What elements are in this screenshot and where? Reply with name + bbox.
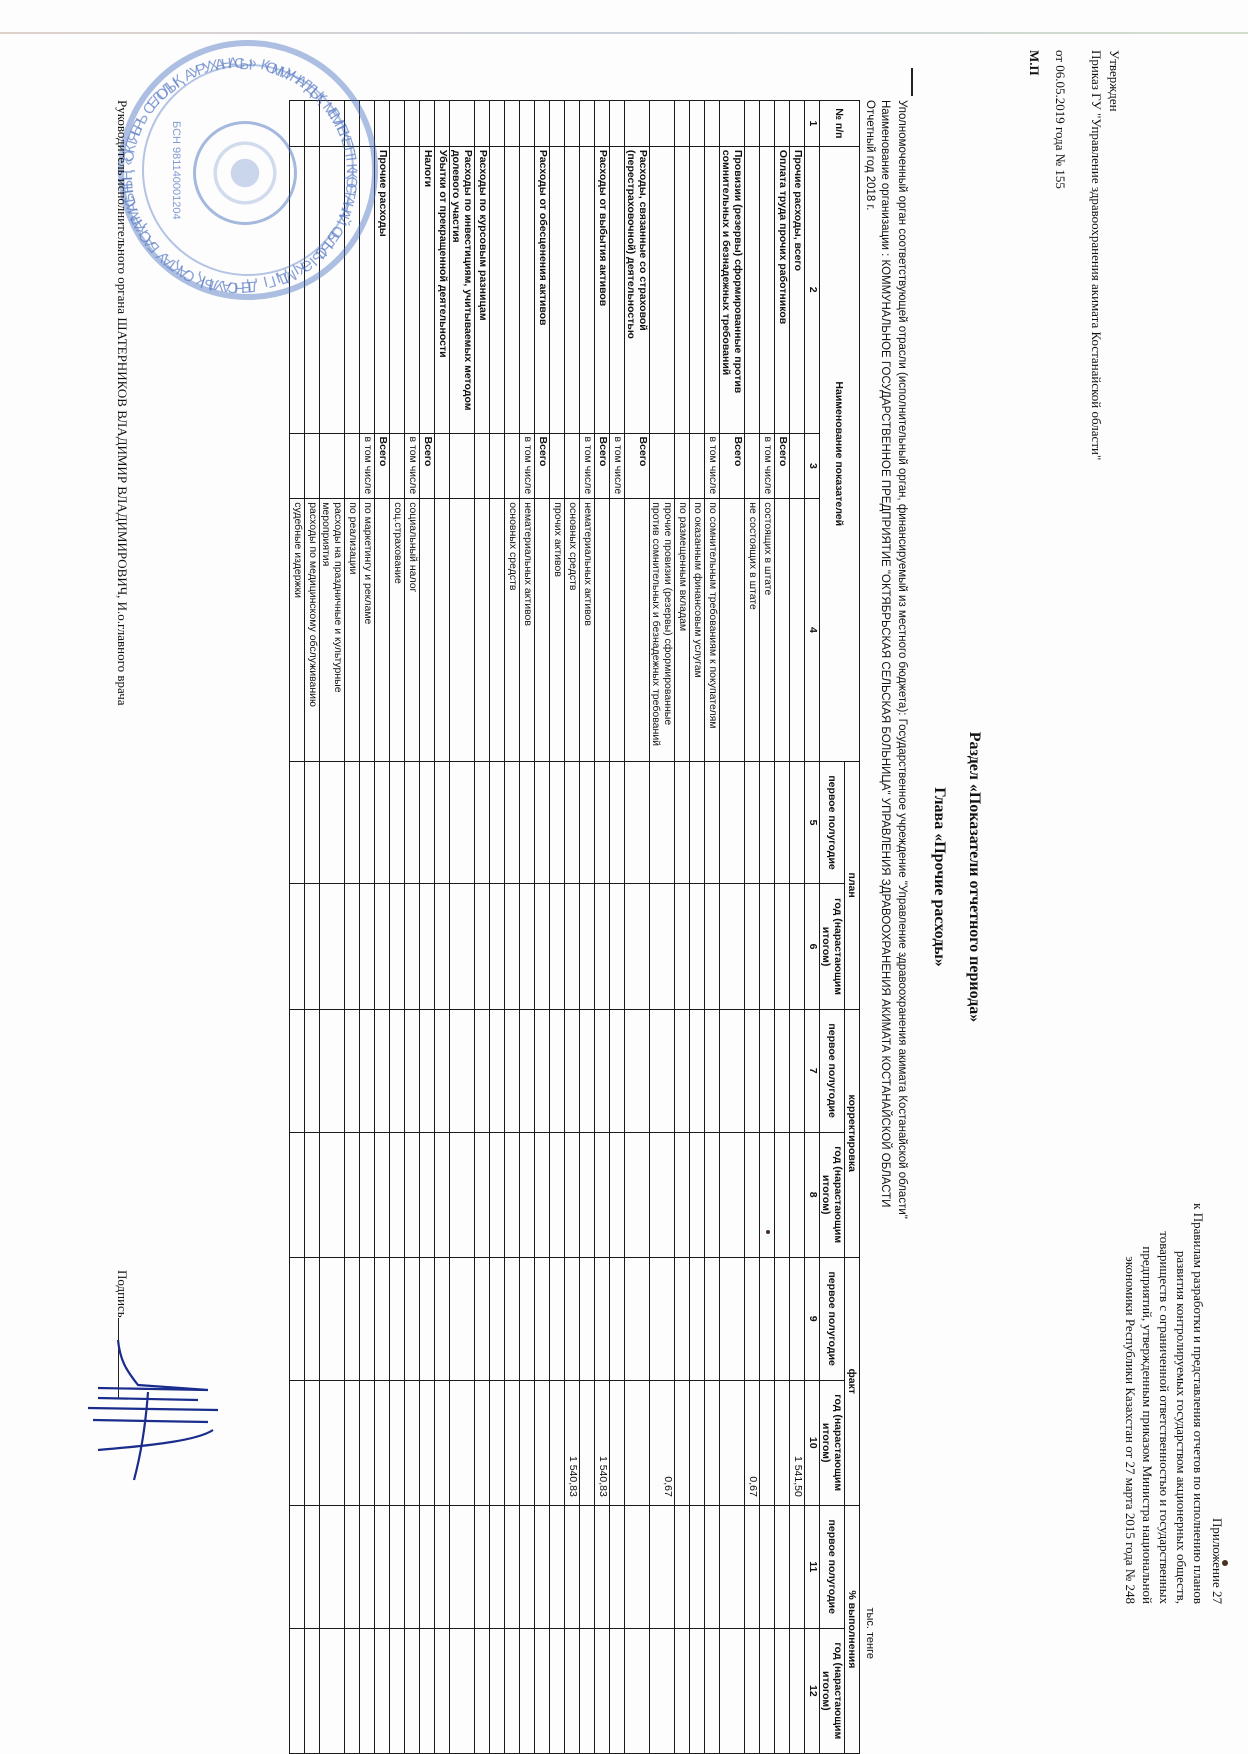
indicator-subgroup (650, 433, 675, 499)
value-cell (305, 1257, 320, 1380)
value-cell (745, 761, 760, 884)
fact-year-value (450, 1380, 475, 1505)
value-cell (420, 884, 435, 1009)
value-cell (490, 761, 505, 884)
value-cell (305, 1132, 320, 1257)
organization-stamp: ҚОСТАНАЙ ОБЛЫСЫ ӘКІМДІГІ ДЕНСАУЛЫҚ САҚТА… (118, 40, 378, 300)
value-cell (290, 1009, 305, 1132)
value-cell (290, 1505, 305, 1628)
fact-year-value: 0,67 (650, 1380, 675, 1505)
value-cell (690, 1009, 705, 1132)
indicator-detail: расходы на праздничные и культурные меро… (320, 499, 345, 761)
value-cell (345, 884, 360, 1009)
row-number (745, 101, 760, 147)
value-cell (360, 761, 375, 884)
value-cell (745, 1257, 760, 1380)
row-number (610, 101, 625, 147)
fact-year-value (475, 1380, 490, 1505)
indicator-subgroup (565, 433, 580, 499)
value-cell (720, 761, 745, 884)
table-row: прочие провизии (резервы) сформированные… (650, 101, 675, 1754)
value-cell (535, 1628, 550, 1753)
indicator-detail (375, 499, 390, 761)
indicator-detail: нематериальных активов (520, 499, 535, 761)
table-row: в том числесоциальный налог (405, 101, 420, 1754)
column-number: 6 (805, 884, 820, 1009)
value-cell (550, 1505, 565, 1628)
table-row: по оказанным финансовым услугам (690, 101, 705, 1754)
fact-year-value (375, 1380, 390, 1505)
fact-year-value (520, 1380, 535, 1505)
indicator-name (490, 146, 505, 433)
fact-year-value (550, 1380, 565, 1505)
value-cell (390, 884, 405, 1009)
value-cell (290, 1257, 305, 1380)
col-header-fact: факт (845, 1257, 860, 1505)
table-row: судебные издержки (290, 101, 305, 1754)
row-number (690, 101, 705, 147)
value-cell (775, 884, 790, 1009)
value-cell (405, 761, 420, 884)
indicator-subgroup: в том числе (580, 433, 595, 499)
indicator-subgroup (550, 433, 565, 499)
fact-year-value (490, 1380, 505, 1505)
fact-year-value (305, 1380, 320, 1505)
value-cell (790, 884, 805, 1009)
fact-year-value (580, 1380, 595, 1505)
table-row: соц.страхование (390, 101, 405, 1754)
value-cell (610, 1628, 625, 1753)
value-cell (405, 1257, 420, 1380)
column-number: 5 (805, 761, 820, 884)
appendix-block: Приложение 27 к Правилам разработки и пр… (1122, 1203, 1226, 1604)
table-row: расходы на праздничные и культурные меро… (320, 101, 345, 1754)
fact-year-value (610, 1380, 625, 1505)
fact-year-value (290, 1380, 305, 1505)
value-cell (580, 1628, 595, 1753)
value-cell (625, 1009, 650, 1132)
stamp-emblem-icon (193, 121, 297, 225)
value-cell (520, 1628, 535, 1753)
appendix-line: товариществ с ограниченной ответственнос… (1156, 1203, 1173, 1604)
handwritten-signature-icon (78, 1330, 238, 1490)
value-cell (550, 1257, 565, 1380)
value-cell (760, 1257, 775, 1380)
indicator-name (760, 146, 775, 433)
value-cell (435, 1628, 450, 1753)
value-cell (705, 1257, 720, 1380)
column-number: 11 (805, 1505, 820, 1628)
value-cell (505, 1505, 520, 1628)
table-row: Убытки от прекращенной деятельности (435, 101, 450, 1754)
value-cell (475, 1505, 490, 1628)
indicator-detail: расходы по медицинскому обслуживанию (305, 499, 320, 761)
row-number (535, 101, 550, 147)
value-cell (760, 1009, 775, 1132)
row-number (420, 101, 435, 147)
indicator-name (580, 146, 595, 433)
row-number (565, 101, 580, 147)
indicator-subgroup: Всего (420, 433, 435, 499)
fact-year-value (435, 1380, 450, 1505)
row-number (595, 101, 610, 147)
value-cell (610, 884, 625, 1009)
value-cell (675, 1132, 690, 1257)
row-number (505, 101, 520, 147)
fact-year-value: 1 540,83 (595, 1380, 610, 1505)
indicator-name (610, 146, 625, 433)
section-title: Раздел «Показатели отчетного периода» (965, 0, 983, 1754)
indicator-detail (450, 499, 475, 761)
value-cell (390, 1132, 405, 1257)
value-cell (520, 1132, 535, 1257)
value-cell (345, 1628, 360, 1753)
value-cell (625, 1505, 650, 1628)
indicator-subgroup (320, 433, 345, 499)
column-number: 4 (805, 499, 820, 761)
value-cell (565, 1505, 580, 1628)
value-cell (705, 1009, 720, 1132)
fact-year-value (420, 1380, 435, 1505)
indicator-name (705, 146, 720, 433)
value-cell (650, 884, 675, 1009)
indicator-detail (610, 499, 625, 761)
value-cell (450, 1505, 475, 1628)
indicator-subgroup (290, 433, 305, 499)
fact-year-value (345, 1380, 360, 1505)
value-cell (550, 761, 565, 884)
value-cell (450, 761, 475, 884)
indicator-subgroup (790, 433, 805, 499)
value-cell (775, 1505, 790, 1628)
value-cell (535, 761, 550, 884)
value-cell (405, 1628, 420, 1753)
table-row: не состоящих в штате0,67 (745, 101, 760, 1754)
value-cell (775, 1009, 790, 1132)
table-row: Оплата труда прочих работниковВсего (775, 101, 790, 1754)
value-cell (625, 884, 650, 1009)
indicator-subgroup: Всего (720, 433, 745, 499)
value-cell (420, 1505, 435, 1628)
value-cell (550, 1009, 565, 1132)
report-year: Отчетный год 2018 г. (864, 100, 876, 210)
fact-year-value: 1 540,83 (565, 1380, 580, 1505)
table-row: Расходы, связанные со страховой (перестр… (625, 101, 650, 1754)
value-cell (345, 1009, 360, 1132)
indicator-name (390, 146, 405, 433)
head-name: ШАТЕРНИКОВ ВЛАДИМИР ВЛАДИМИРОВИЧ, И.о.гл… (115, 317, 130, 705)
row-number (705, 101, 720, 147)
value-cell (475, 1132, 490, 1257)
row-number (405, 101, 420, 147)
value-cell (435, 1009, 450, 1132)
value-cell (505, 1257, 520, 1380)
value-cell (705, 1628, 720, 1753)
value-cell (565, 884, 580, 1009)
value-cell (375, 1505, 390, 1628)
subheader-year: год (нарастающим итогом) (820, 1380, 845, 1505)
indicator-detail: по сомнительным требованиям к покупателя… (705, 499, 720, 761)
value-cell (320, 1257, 345, 1380)
indicator-subgroup: Всего (625, 433, 650, 499)
value-cell (690, 761, 705, 884)
value-cell (610, 761, 625, 884)
indicator-name: Расходы по курсовым разницам (475, 146, 490, 433)
row-number (475, 101, 490, 147)
head-label: Руководитель исполнительного органа (115, 100, 130, 314)
column-number: 3 (805, 433, 820, 499)
value-cell (520, 884, 535, 1009)
fact-year-value (360, 1380, 375, 1505)
indicator-name (405, 146, 420, 433)
indicator-detail (775, 499, 790, 761)
indicator-subgroup: в том числе (610, 433, 625, 499)
value-cell (345, 1505, 360, 1628)
fact-year-value (625, 1380, 650, 1505)
indicator-name (505, 146, 520, 433)
col-header-plan: план (845, 761, 860, 1009)
subheader-first-half: первое полугодие (820, 1009, 845, 1132)
indicator-detail: судебные издержки (290, 499, 305, 761)
value-cell (625, 1628, 650, 1753)
indicator-subgroup (435, 433, 450, 499)
value-cell (705, 1505, 720, 1628)
value-cell (345, 1132, 360, 1257)
table-row: в том численематериальных активов (520, 101, 535, 1754)
value-cell (565, 1628, 580, 1753)
appendix-line: экономики Республики Казахстан от 27 мар… (1122, 1203, 1139, 1604)
indicator-detail: по маркетингу и рекламе (360, 499, 375, 761)
value-cell (790, 1132, 805, 1257)
value-cell (390, 1505, 405, 1628)
indicator-name (550, 146, 565, 433)
value-cell (760, 1628, 775, 1753)
order-date: от 06.05.2019 года № 155 (1051, 50, 1069, 460)
indicator-subgroup: Всего (535, 433, 550, 499)
column-number-row: 123456789101112 (805, 101, 820, 1754)
value-cell (760, 1505, 775, 1628)
row-number (775, 101, 790, 147)
value-cell (760, 1132, 775, 1257)
column-number: 9 (805, 1257, 820, 1380)
value-cell (320, 1505, 345, 1628)
value-cell (390, 1257, 405, 1380)
col-header-indicator: Наименование показателей (820, 146, 860, 761)
value-cell (450, 884, 475, 1009)
value-cell (650, 1009, 675, 1132)
value-cell (360, 884, 375, 1009)
value-cell (650, 1132, 675, 1257)
indicator-detail: основных средств (565, 499, 580, 761)
value-cell (595, 1628, 610, 1753)
value-cell (505, 1009, 520, 1132)
indicator-subgroup (675, 433, 690, 499)
value-cell (390, 761, 405, 884)
value-cell (675, 884, 690, 1009)
table-row: основных средств (505, 101, 520, 1754)
table-row: в том численематериальных активов (580, 101, 595, 1754)
value-cell (790, 1628, 805, 1753)
value-cell (580, 1009, 595, 1132)
stamp-bin: БСН 981140001204 (170, 121, 182, 220)
value-cell (790, 761, 805, 884)
value-cell (360, 1257, 375, 1380)
value-cell (450, 1132, 475, 1257)
value-cell (595, 1257, 610, 1380)
row-number (450, 101, 475, 147)
value-cell (435, 1505, 450, 1628)
value-cell (595, 761, 610, 884)
value-cell (375, 884, 390, 1009)
indicator-subgroup: Всего (375, 433, 390, 499)
value-cell (505, 884, 520, 1009)
column-number: 10 (805, 1380, 820, 1505)
table-row: по размещенным вкладам (675, 101, 690, 1754)
indicator-subgroup (505, 433, 520, 499)
table-row: Расходы по курсовым разницам (475, 101, 490, 1754)
col-header-num: № п/п (820, 101, 860, 147)
row-number (790, 101, 805, 147)
appendix-line: предприятий, утвержденным приказом Минис… (1139, 1203, 1156, 1604)
table-row: в том числепо маркетингу и рекламе (360, 101, 375, 1754)
value-cell (535, 1132, 550, 1257)
indicator-detail: по оказанным финансовым услугам (690, 499, 705, 761)
value-cell (775, 1257, 790, 1380)
value-cell (535, 1257, 550, 1380)
appendix-line: развития контролируемых государством акц… (1173, 1203, 1190, 1604)
value-cell (720, 1505, 745, 1628)
value-cell (435, 1132, 450, 1257)
indicator-subgroup (690, 433, 705, 499)
indicator-detail (535, 499, 550, 761)
indicator-detail: состоящих в штате (760, 499, 775, 761)
value-cell (475, 1257, 490, 1380)
value-cell (320, 1009, 345, 1132)
value-cell (565, 1132, 580, 1257)
value-cell (475, 1009, 490, 1132)
fact-year-value (720, 1380, 745, 1505)
fact-year-value (760, 1380, 775, 1505)
indicator-subgroup (390, 433, 405, 499)
value-cell (535, 884, 550, 1009)
value-cell (405, 884, 420, 1009)
table-row: Расходы от обесценения активовВсего (535, 101, 550, 1754)
value-cell (375, 1628, 390, 1753)
value-cell (305, 761, 320, 884)
indicator-name (675, 146, 690, 433)
separator (911, 68, 913, 96)
value-cell (675, 1009, 690, 1132)
row-number (435, 101, 450, 147)
value-cell (550, 1132, 565, 1257)
fact-year-value: 1 541,50 (790, 1380, 805, 1505)
value-cell (290, 1132, 305, 1257)
value-cell (305, 1628, 320, 1753)
value-cell (490, 884, 505, 1009)
column-number: 7 (805, 1009, 820, 1132)
value-cell (790, 1257, 805, 1380)
value-cell (690, 1628, 705, 1753)
fact-year-value (775, 1380, 790, 1505)
table-row: Расходы от выбытия активовВсего1 540,83 (595, 101, 610, 1754)
fact-year-value (390, 1380, 405, 1505)
indicator-name: Расходы от выбытия активов (595, 146, 610, 433)
value-cell (420, 1628, 435, 1753)
value-cell (405, 1505, 420, 1628)
indicator-subgroup (475, 433, 490, 499)
expenses-table: № п/п Наименование показателей план корр… (289, 100, 860, 1754)
indicator-detail: прочие провизии (резервы) сформированные… (650, 499, 675, 761)
units-label: тыс. тенге (864, 1607, 876, 1659)
value-cell (520, 761, 535, 884)
indicator-detail (475, 499, 490, 761)
indicator-detail: по размещенным вкладам (675, 499, 690, 761)
indicator-subgroup (305, 433, 320, 499)
value-cell (790, 1009, 805, 1132)
indicator-subgroup: в том числе (360, 433, 375, 499)
value-cell (775, 761, 790, 884)
value-cell (650, 1257, 675, 1380)
column-number: 12 (805, 1628, 820, 1753)
fact-year-value: 0,67 (745, 1380, 760, 1505)
indicator-detail (595, 499, 610, 761)
value-cell (290, 1628, 305, 1753)
value-cell (650, 1505, 675, 1628)
value-cell (475, 1628, 490, 1753)
value-cell (580, 1257, 595, 1380)
value-cell (450, 1257, 475, 1380)
value-cell (420, 1009, 435, 1132)
value-cell (720, 1628, 745, 1753)
value-cell (305, 884, 320, 1009)
scan-speck (766, 1230, 770, 1234)
indicator-subgroup (490, 433, 505, 499)
indicator-name (565, 146, 580, 433)
indicator-detail (720, 499, 745, 761)
fact-year-value (320, 1380, 345, 1505)
value-cell (625, 1132, 650, 1257)
value-cell (520, 1257, 535, 1380)
value-cell (520, 1505, 535, 1628)
subheader-year: год (нарастающим итогом) (820, 1132, 845, 1257)
subheader-first-half: первое полугодие (820, 1257, 845, 1380)
value-cell (320, 761, 345, 884)
indicator-name (520, 146, 535, 433)
value-cell (690, 1132, 705, 1257)
value-cell (360, 1009, 375, 1132)
fact-year-value (690, 1380, 705, 1505)
order-line: Приказ ГУ "Управление здравоохранения ак… (1087, 50, 1105, 460)
indicator-subgroup: в том числе (405, 433, 420, 499)
value-cell (320, 884, 345, 1009)
indicator-subgroup: в том числе (760, 433, 775, 499)
authority-line: Уполномоченный орган соответствующей отр… (896, 100, 908, 1219)
value-cell (675, 1505, 690, 1628)
indicator-detail: не состоящих в штате (745, 499, 760, 761)
value-cell (305, 1505, 320, 1628)
approval-block: Утвержден Приказ ГУ "Управление здравоох… (1025, 50, 1123, 460)
indicator-name: Расходы от обесценения активов (535, 146, 550, 433)
col-header-percent: % выполнения (845, 1505, 860, 1753)
value-cell (435, 884, 450, 1009)
value-cell (760, 884, 775, 1009)
column-number: 2 (805, 146, 820, 433)
value-cell (360, 1505, 375, 1628)
indicator-detail: основных средств (505, 499, 520, 761)
indicator-name: Убытки от прекращенной деятельности (435, 146, 450, 433)
value-cell (775, 1628, 790, 1753)
value-cell (405, 1132, 420, 1257)
